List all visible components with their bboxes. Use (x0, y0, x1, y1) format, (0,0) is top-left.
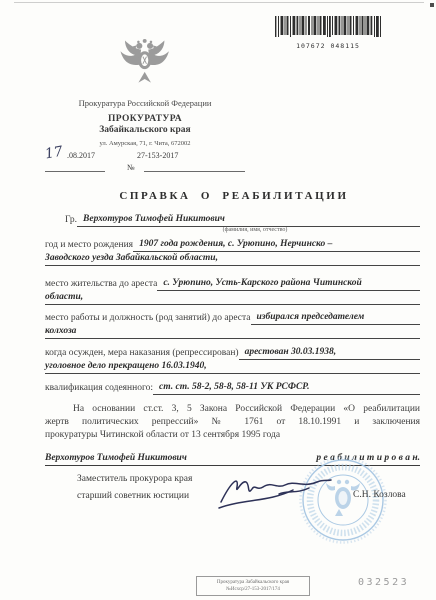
russian-coat-of-arms-icon (116, 36, 173, 88)
barcode-digits: 107672 048115 (274, 42, 382, 50)
qualification-label: квалификация содеянного: (45, 382, 153, 395)
org-address-label: ул. Амурская, 71, г. Чита, 672002 (45, 140, 245, 147)
date-printed: .08.2017 (67, 151, 95, 160)
basis-line2: жертв политических репрессий» № 1761 от … (45, 416, 420, 429)
qualification-value: ст. ст. 58-2, 58-8, 58-11 УК РСФСР. (153, 381, 420, 395)
citizen-row: Гр. Верхотуров Тимофей Никитович (45, 213, 420, 227)
registry-line1: Прокуратура Забайкальского края (197, 579, 309, 586)
basis-line3: прокуратуры Читинской области от 13 сент… (45, 429, 420, 442)
registry-line2: №Исхср/27-153-2017/174 (197, 586, 309, 593)
signer-position-line2: старший советник юстиции (77, 491, 189, 501)
repression-value-line2: уголовное дело прекращено 16.03.1940, (45, 360, 420, 374)
work-label: место работы и должность (род занятий) д… (45, 312, 251, 325)
birth-value-line1: 1907 года рождения, с. Урюпино, Нерчинск… (133, 238, 420, 252)
org-title-label: ПРОКУРАТУРА (45, 114, 245, 124)
name-caption: (фамилия, имя, отчество) (195, 227, 315, 234)
signer-position-line1: Заместитель прокурора края (77, 474, 192, 484)
barcode: 107672 048115 (274, 16, 382, 50)
blank-rule (144, 163, 245, 172)
signature-stroke (217, 468, 335, 512)
date-row: 17 .08.2017 27-153-2017 (45, 149, 245, 161)
repression-value-line1: арестован 30.03.1938, (239, 346, 420, 360)
rehabilitation-certificate-page: 107672 048115 Прокуратура Российской Фед… (0, 0, 436, 600)
residence-value-line1: с. Урюпино, Усть-Карского района Читинск… (157, 277, 420, 291)
letterhead: Прокуратура Российской Федерации ПРОКУРА… (45, 36, 245, 172)
qualification-field: квалификация содеянного: ст. ст. 58-2, 5… (45, 381, 420, 395)
document-title: СПРАВКА О РЕАБИЛИТАЦИИ (45, 190, 423, 202)
signature-section: Заместитель прокурора края старший совет… (45, 462, 420, 592)
birth-value-line2: Заводского уезда Забайкальской области, (45, 252, 420, 266)
work-field: место работы и должность (род занятий) д… (45, 311, 420, 339)
outgoing-number: 27-153-2017 (137, 151, 178, 160)
repression-label: когда осужден, мера наказания (репрессир… (45, 347, 239, 360)
number-sign-label: № (105, 163, 144, 172)
scan-artifact-dot (430, 3, 434, 7)
serial-number: 032523 (358, 577, 409, 588)
citizen-name-value: Верхотуров Тимофей Никитович (77, 213, 420, 227)
birth-label: год и место рождения (45, 239, 133, 252)
residence-field: место жительства до ареста с. Урюпино, У… (45, 277, 420, 305)
citizen-label: Гр. (45, 214, 77, 227)
barcode-bars-icon (275, 16, 381, 37)
birth-field: год и место рождения 1907 года рождения,… (45, 238, 420, 266)
number-line: № (45, 162, 245, 172)
work-value-line2: колхоза (45, 325, 420, 339)
org-parent-label: Прокуратура Российской Федерации (45, 98, 245, 108)
work-value-line1: избирался председателем (251, 311, 421, 325)
basis-line1: На основании ст.ст. 3, 5 Закона Российск… (45, 403, 420, 416)
org-region-label: Забайкальского края (45, 125, 245, 135)
scan-artifact-line (14, 2, 424, 3)
signer-name: С.Н. Козлова (353, 490, 406, 500)
certificate-form: Гр. Верхотуров Тимофей Никитович (фамили… (45, 213, 420, 466)
residence-value-line2: области, (45, 291, 420, 305)
registry-stamp-box: Прокуратура Забайкальского края №Исхср/2… (196, 576, 310, 596)
basis-paragraph: На основании ст.ст. 3, 5 Закона Российск… (45, 403, 420, 442)
handwritten-day: 17 (44, 144, 64, 163)
residence-label: место жительства до ареста (45, 278, 157, 291)
blank-rule (45, 163, 105, 172)
repression-field: когда осужден, мера наказания (репрессир… (45, 346, 420, 374)
